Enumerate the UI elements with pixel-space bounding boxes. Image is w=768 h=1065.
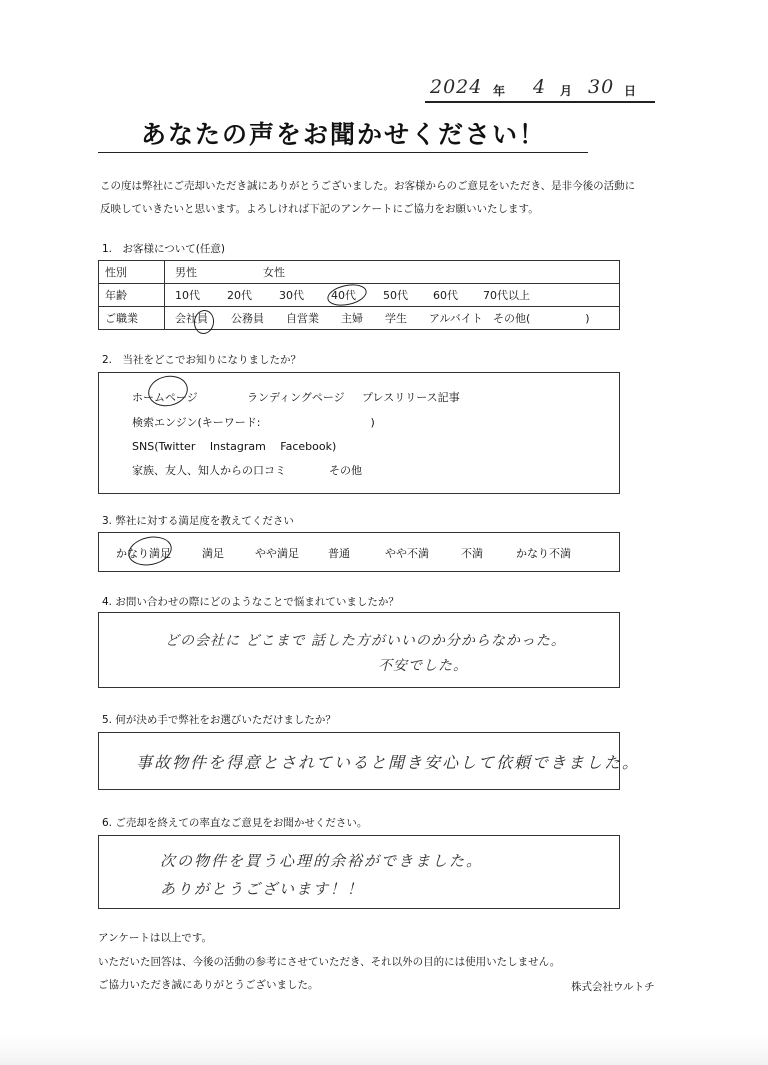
date-underline bbox=[425, 101, 655, 103]
date-year: 2024 bbox=[430, 76, 482, 98]
option-dissatisfied[interactable]: 不満 bbox=[461, 545, 483, 561]
q1-label: 1. お客様について(任意) bbox=[102, 241, 225, 256]
option-age-70s-plus[interactable]: 70代以上 bbox=[483, 287, 530, 303]
q1-row-gender: 性別 男性女性 bbox=[99, 261, 620, 284]
footer-line-2: いただいた回答は、今後の活動の参考にさせていただき、それ以外の目的には使用いたし… bbox=[98, 954, 560, 969]
page-title: あなたの声をお聞かせください！ bbox=[100, 115, 587, 151]
q1-row-occupation: ご職業 会社員公務員自営業主婦学生アルバイトその他( ) bbox=[99, 307, 620, 330]
option-landing-page[interactable]: ランディングページ bbox=[247, 389, 345, 405]
q1-options-gender: 男性女性 bbox=[165, 261, 620, 284]
option-student[interactable]: 学生 bbox=[385, 310, 429, 326]
company-name: 株式会社ウルトチ bbox=[571, 979, 655, 994]
option-male[interactable]: 男性 bbox=[175, 264, 263, 280]
q3-label: 3. 弊社に対する満足度を教えてください bbox=[102, 513, 294, 528]
title-rule bbox=[98, 152, 588, 153]
option-sns[interactable]: SNS(Twitter Instagram Facebook) bbox=[132, 438, 336, 454]
q6-label: 6. ご売却を終えての率直なご意見をお聞かせください。 bbox=[102, 815, 367, 830]
intro-line-1: この度は弊社にご売却いただき誠にありがとうございました。お客様からのご意見をいた… bbox=[100, 178, 635, 193]
date-day: 30 bbox=[588, 76, 614, 98]
option-somewhat-dissatisfied[interactable]: やや不満 bbox=[385, 545, 429, 561]
option-very-dissatisfied[interactable]: かなり不満 bbox=[516, 545, 571, 561]
option-homemaker[interactable]: 主婦 bbox=[341, 310, 385, 326]
footer-line-1: アンケートは以上です。 bbox=[98, 930, 212, 945]
option-word-of-mouth[interactable]: 家族、友人、知人からの口コミ bbox=[132, 462, 286, 478]
q5-label: 5. 何が決め手で弊社をお選びいただけましたか？ bbox=[102, 712, 336, 727]
option-civil-servant[interactable]: 公務員 bbox=[231, 310, 286, 326]
q4-answer-line-1: どの会社に どこまで 話した方がいいのか分からなかった。 bbox=[165, 630, 566, 650]
q1-header-age: 年齢 bbox=[99, 284, 165, 307]
q4-answer-line-2: 不安でした。 bbox=[378, 655, 468, 675]
option-age-20s[interactable]: 20代 bbox=[227, 287, 279, 303]
option-press-release[interactable]: プレスリリース記事 bbox=[362, 389, 460, 405]
option-age-30s[interactable]: 30代 bbox=[279, 287, 331, 303]
option-part-time[interactable]: アルバイト bbox=[429, 310, 493, 326]
q1-header-gender: 性別 bbox=[99, 261, 165, 284]
option-satisfied[interactable]: 満足 bbox=[202, 545, 224, 561]
date-day-unit: 日 bbox=[624, 82, 636, 99]
option-other[interactable]: その他( ) bbox=[493, 310, 590, 326]
q5-answer-line-1: 事故物件を得意とされていると聞き安心して依頼できました。 bbox=[136, 750, 640, 773]
footer-line-3: ご協力いただき誠にありがとうございました。 bbox=[98, 977, 319, 992]
option-search-engine[interactable]: 検索エンジン(キーワード: ) bbox=[132, 414, 375, 430]
intro-line-2: 反映していきたいと思います。よろしければ下記のアンケートにご協力をお願いいたしま… bbox=[100, 201, 539, 216]
option-age-50s[interactable]: 50代 bbox=[383, 287, 433, 303]
q1-header-occupation: ご職業 bbox=[99, 307, 165, 330]
date-month-unit: 月 bbox=[560, 82, 572, 99]
option-age-10s[interactable]: 10代 bbox=[175, 287, 227, 303]
date-year-unit: 年 bbox=[493, 82, 505, 99]
q6-answer-line-1: 次の物件を買う心理的余裕ができました。 bbox=[160, 850, 483, 871]
q2-label: 2. 当社をどこでお知りになりましたか？ bbox=[102, 352, 301, 367]
date-month: 4 bbox=[533, 76, 546, 98]
option-neutral[interactable]: 普通 bbox=[328, 545, 350, 561]
option-female[interactable]: 女性 bbox=[263, 264, 285, 280]
q1-options-age: 10代20代30代40代50代60代70代以上 bbox=[165, 284, 620, 307]
option-self-employed[interactable]: 自営業 bbox=[286, 310, 341, 326]
option-age-60s[interactable]: 60代 bbox=[433, 287, 483, 303]
q4-label: 4. お問い合わせの際にどのようなことで悩まれていましたか？ bbox=[102, 594, 399, 609]
q6-answer-line-2: ありがとうございます！！ bbox=[160, 878, 364, 899]
q1-options-occupation: 会社員公務員自営業主婦学生アルバイトその他( ) bbox=[165, 307, 620, 330]
q4-box bbox=[98, 612, 620, 688]
option-other-source[interactable]: その他 bbox=[329, 462, 362, 478]
option-somewhat-satisfied[interactable]: やや満足 bbox=[255, 545, 299, 561]
